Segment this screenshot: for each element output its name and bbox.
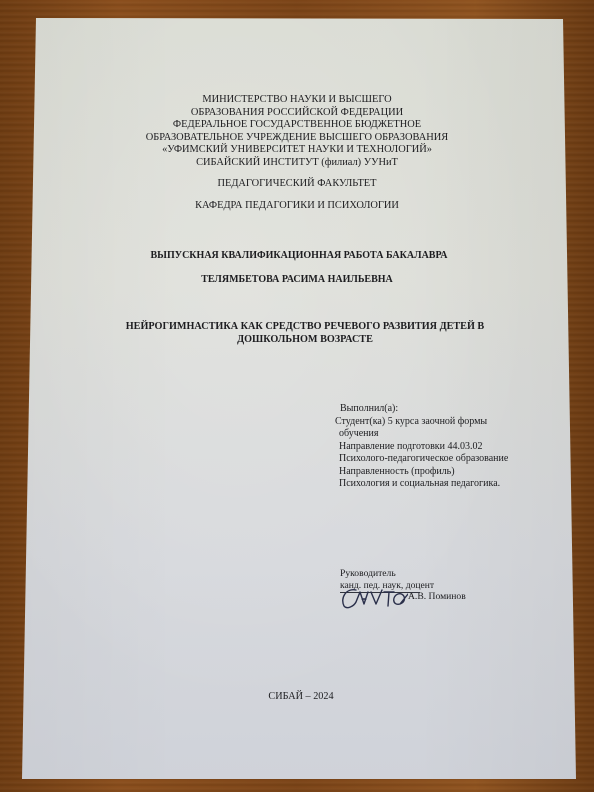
city-and-year: СИБАЙ – 2024: [4, 691, 594, 702]
performer-line: Психолого-педагогическое образование: [339, 453, 508, 466]
performer-line: Студент(ка) 5 курса заочной формы: [335, 416, 508, 429]
performer-line: обучения: [339, 428, 508, 441]
header-line: ОБРАЗОВАТЕЛЬНОЕ УЧРЕЖДЕНИЕ ВЫСШЕГО ОБРАЗ…: [0, 132, 594, 145]
header-line: ФЕДЕРАЛЬНОЕ ГОСУДАРСТВЕННОЕ БЮДЖЕТНОЕ: [0, 119, 594, 132]
title-page-sheet: МИНИСТЕРСТВО НАУКИ И ВЫСШЕГО ОБРАЗОВАНИЯ…: [0, 0, 594, 792]
header-line: МИНИСТЕРСТВО НАУКИ И ВЫСШЕГО: [0, 94, 594, 107]
faculty-name: ПЕДАГОГИЧЕСКИЙ ФАКУЛЬТЕТ: [0, 178, 594, 189]
thesis-title-line: ДОШКОЛЬНОМ ВОЗРАСТЕ: [8, 334, 594, 347]
thesis-title-line: НЕЙРОГИМНАСТИКА КАК СРЕДСТВО РЕЧЕВОГО РА…: [8, 321, 594, 334]
work-type-heading: ВЫПУСКНАЯ КВАЛИФИКАЦИОННАЯ РАБОТА БАКАЛА…: [2, 250, 594, 261]
thesis-title: НЕЙРОГИМНАСТИКА КАК СРЕДСТВО РЕЧЕВОГО РА…: [8, 321, 594, 346]
header-line: «УФИМСКИЙ УНИВЕРСИТЕТ НАУКИ И ТЕХНОЛОГИЙ…: [0, 144, 594, 157]
performer-line: Психология и социальная педагогика.: [339, 478, 508, 491]
header-line: ОБРАЗОВАНИЯ РОССИЙСКОЙ ФЕДЕРАЦИИ: [0, 107, 594, 120]
institution-header: МИНИСТЕРСТВО НАУКИ И ВЫСШЕГО ОБРАЗОВАНИЯ…: [0, 94, 594, 170]
performer-block: Выполнил(а): Студент(ка) 5 курса заочной…: [339, 403, 508, 491]
author-name: ТЕЛЯМБЕТОВА РАСИМА НАИЛЬЕВНА: [0, 274, 594, 285]
department-name: КАФЕДРА ПЕДАГОГИКИ И ПСИХОЛОГИИ: [0, 200, 594, 211]
handwritten-signature: [338, 584, 408, 612]
performer-line: Направленность (профиль): [339, 466, 508, 479]
performer-line: Направление подготовки 44.03.02: [339, 441, 508, 454]
supervisor-label: Руководитель: [340, 568, 466, 580]
performer-label: Выполнил(а):: [339, 403, 508, 416]
header-line: СИБАЙСКИЙ ИНСТИТУТ (филиал) УУНиТ: [0, 157, 594, 170]
